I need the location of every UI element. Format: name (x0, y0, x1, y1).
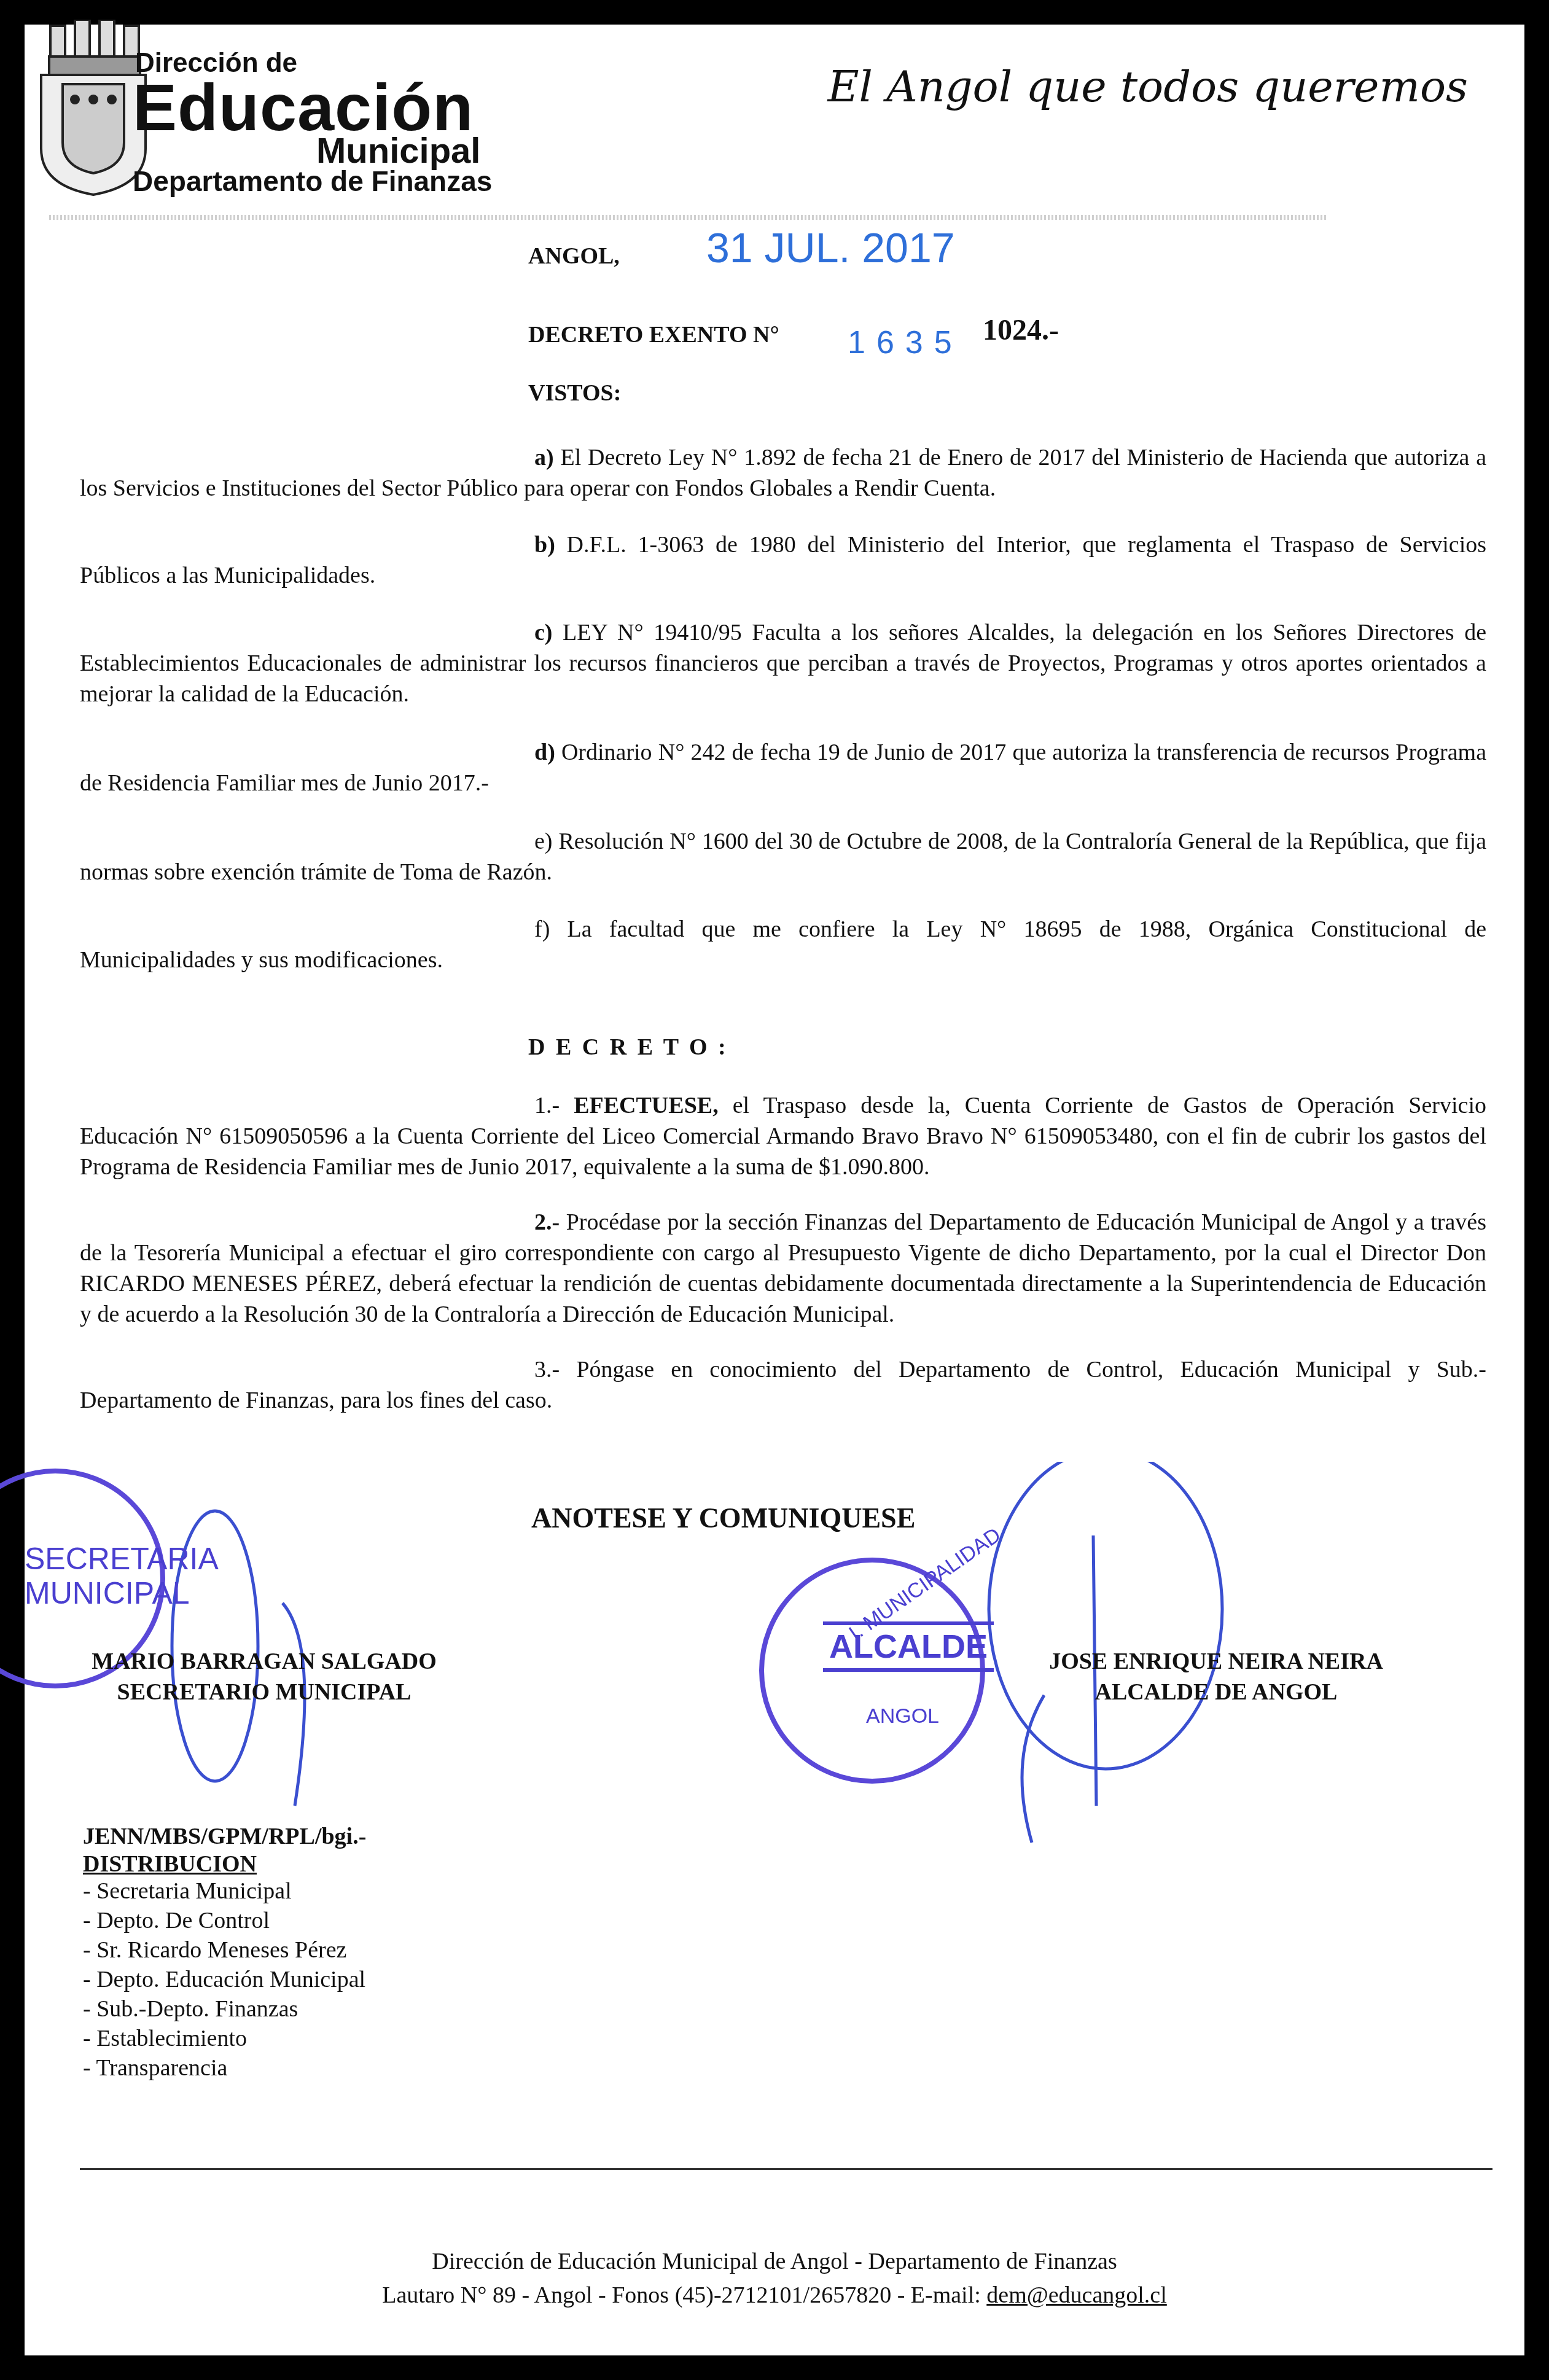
decree-typed-number: 1024.- (983, 313, 1059, 347)
decreto-item: 2.- Procédase por la sección Finanzas de… (80, 1207, 1486, 1330)
vistos-item: e) Resolución N° 1600 del 30 de Octubre … (80, 826, 1486, 888)
vistos-item: b) D.F.L. 1-3063 de 1980 del Ministerio … (80, 529, 1486, 591)
distribution-item: - Depto. De Control (83, 1906, 365, 1935)
decreto-heading: D E C R E T O : (528, 1032, 728, 1063)
vistos-heading: VISTOS: (528, 378, 621, 408)
initials: JENN/MBS/GPM/RPL/bgi.- (83, 1821, 366, 1852)
decree-label: DECRETO EXENTO N° (528, 319, 779, 350)
signer-role: ALCALDE DE ANGOL (1026, 1677, 1407, 1707)
distribution-item: - Sr. Ricardo Meneses Pérez (83, 1935, 365, 1965)
header-department: Departamento de Finanzas (133, 165, 492, 198)
signature-left: MARIO BARRAGAN SALGADO SECRETARIO MUNICI… (74, 1646, 455, 1707)
signer-role: SECRETARIO MUNICIPAL (74, 1677, 455, 1707)
footer-divider (80, 2168, 1492, 2170)
distribution-item: - Establecimiento (83, 2024, 365, 2053)
distribution-item: - Secretaria Municipal (83, 1876, 365, 1906)
document-page: Dirección de Educación Municipal Departa… (25, 25, 1524, 2355)
decree-stamp-number: 1635 (848, 324, 963, 361)
vistos-item: c) LEY N° 19410/95 Faculta a los señores… (80, 617, 1486, 709)
decreto-item: 3.- Póngase en conocimiento del Departam… (80, 1354, 1486, 1416)
signer-name: JOSE ENRIQUE NEIRA NEIRA (1026, 1646, 1407, 1677)
secretary-stamp: SECRETARIA MUNICIPAL (25, 1542, 219, 1610)
city-label: ANGOL, (528, 241, 620, 271)
date-stamp: 31 JUL. 2017 (706, 224, 955, 272)
vistos-item: d) Ordinario N° 242 de fecha 19 de Junio… (80, 737, 1486, 798)
email-link[interactable]: dem@educangol.cl (986, 2282, 1167, 2308)
decreto-item: 1.- EFECTUESE, el Traspaso desde la, Cue… (80, 1090, 1486, 1182)
vistos-item: f) La facultad que me confiere la Ley N°… (80, 914, 1486, 975)
footer-line1: Dirección de Educación Municipal de Ango… (25, 2248, 1524, 2275)
slogan: El Angol que todos queremos (817, 61, 1468, 112)
distribution-heading: DISTRIBUCION (83, 1849, 257, 1879)
distribution-item: - Depto. Educación Municipal (83, 1965, 365, 1994)
vistos-item: a) El Decreto Ley N° 1.892 de fecha 21 d… (80, 442, 1486, 504)
signature-right: JOSE ENRIQUE NEIRA NEIRA ALCALDE DE ANGO… (1026, 1646, 1407, 1707)
distribution-item: - Sub.-Depto. Finanzas (83, 1994, 365, 2024)
distribution-list: - Secretaria Municipal - Depto. De Contr… (83, 1876, 365, 2083)
signer-name: MARIO BARRAGAN SALGADO (74, 1646, 455, 1677)
header-divider (49, 215, 1327, 220)
alcalde-stamp-bottom: ANGOL (866, 1704, 939, 1728)
distribution-item: - Transparencia (83, 2053, 365, 2083)
footer-line2: Lautaro N° 89 - Angol - Fonos (45)-27121… (25, 2282, 1524, 2309)
